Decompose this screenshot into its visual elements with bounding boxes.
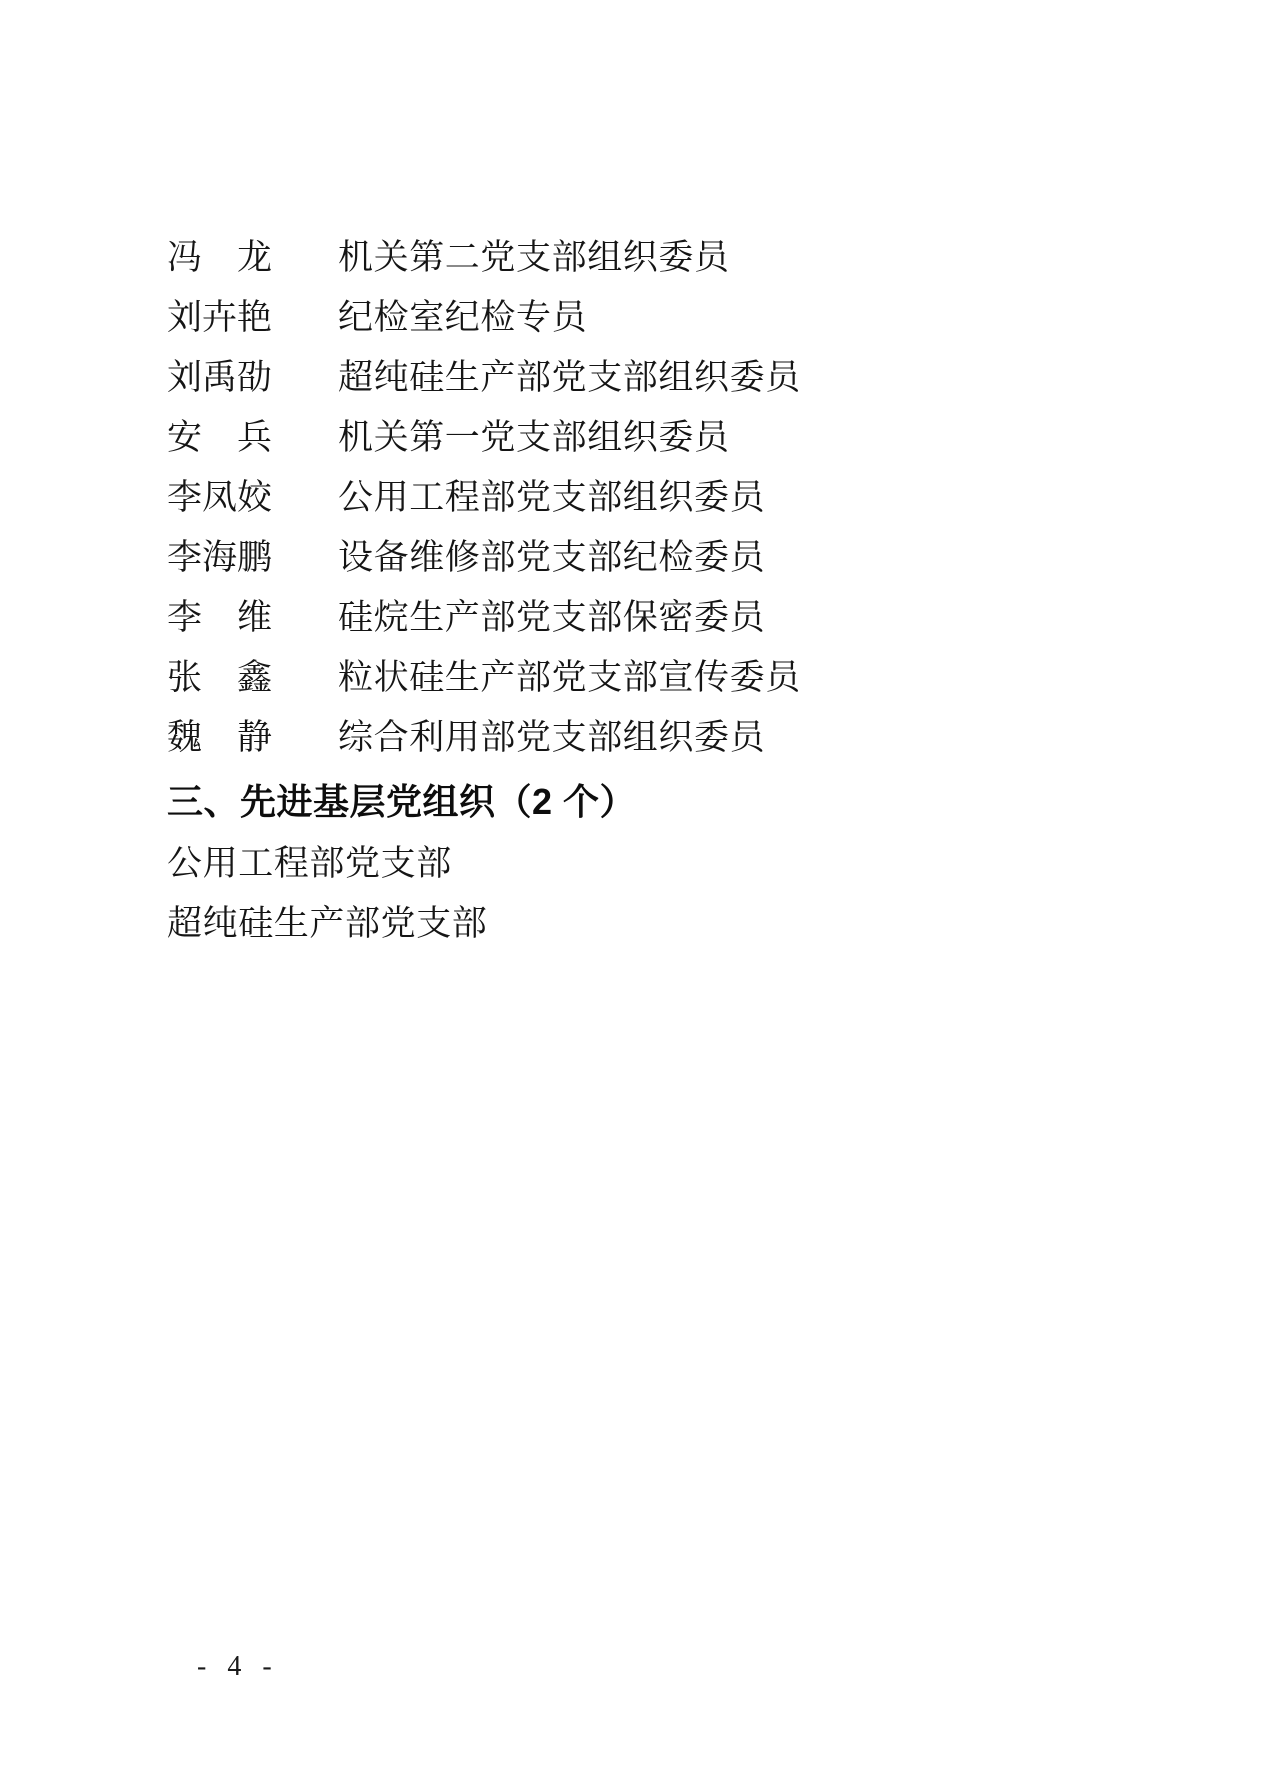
award-row: 刘卉艳 纪检室纪检专员 xyxy=(167,288,801,348)
awardee-name: 李 维 xyxy=(167,588,272,648)
page-number: - 4 - xyxy=(197,1651,279,1683)
awardee-name: 刘卉艳 xyxy=(167,288,272,348)
organization-item: 超纯硅生产部党支部 xyxy=(167,894,801,954)
recognition-list: 冯 龙 机关第二党支部组织委员 刘卉艳 纪检室纪检专员 刘禹劭 超纯硅生产部党支… xyxy=(167,228,801,954)
awardee-name: 冯 龙 xyxy=(167,228,272,288)
document-page: 冯 龙 机关第二党支部组织委员 刘卉艳 纪检室纪检专员 刘禹劭 超纯硅生产部党支… xyxy=(0,0,1266,1791)
award-row: 张 鑫 粒状硅生产部党支部宣传委员 xyxy=(167,648,801,708)
awardee-name: 李海鹏 xyxy=(167,528,272,588)
awardee-name: 魏 静 xyxy=(167,708,272,768)
awardee-name: 李凤姣 xyxy=(167,468,272,528)
organization-item: 公用工程部党支部 xyxy=(167,834,801,894)
awardee-name: 张 鑫 xyxy=(167,648,272,708)
award-title: 纪检室纪检专员 xyxy=(338,288,587,348)
award-title: 机关第一党支部组织委员 xyxy=(338,408,730,468)
award-row: 魏 静 综合利用部党支部组织委员 xyxy=(167,708,801,768)
awardee-name: 刘禹劭 xyxy=(167,348,272,408)
awardee-name: 安 兵 xyxy=(167,408,272,468)
award-title: 硅烷生产部党支部保密委员 xyxy=(338,588,765,648)
award-row: 李海鹏 设备维修部党支部纪检委员 xyxy=(167,528,801,588)
award-title: 机关第二党支部组织委员 xyxy=(338,228,730,288)
award-row: 冯 龙 机关第二党支部组织委员 xyxy=(167,228,801,288)
award-row: 李 维 硅烷生产部党支部保密委员 xyxy=(167,588,801,648)
section-heading: 三、先进基层党组织（2 个） xyxy=(167,774,801,834)
award-title: 超纯硅生产部党支部组织委员 xyxy=(338,348,801,408)
award-title: 公用工程部党支部组织委员 xyxy=(338,468,765,528)
award-title: 粒状硅生产部党支部宣传委员 xyxy=(338,648,801,708)
award-title: 综合利用部党支部组织委员 xyxy=(338,708,765,768)
award-row: 刘禹劭 超纯硅生产部党支部组织委员 xyxy=(167,348,801,408)
award-row: 安 兵 机关第一党支部组织委员 xyxy=(167,408,801,468)
award-title: 设备维修部党支部纪检委员 xyxy=(338,528,765,588)
award-row: 李凤姣 公用工程部党支部组织委员 xyxy=(167,468,801,528)
